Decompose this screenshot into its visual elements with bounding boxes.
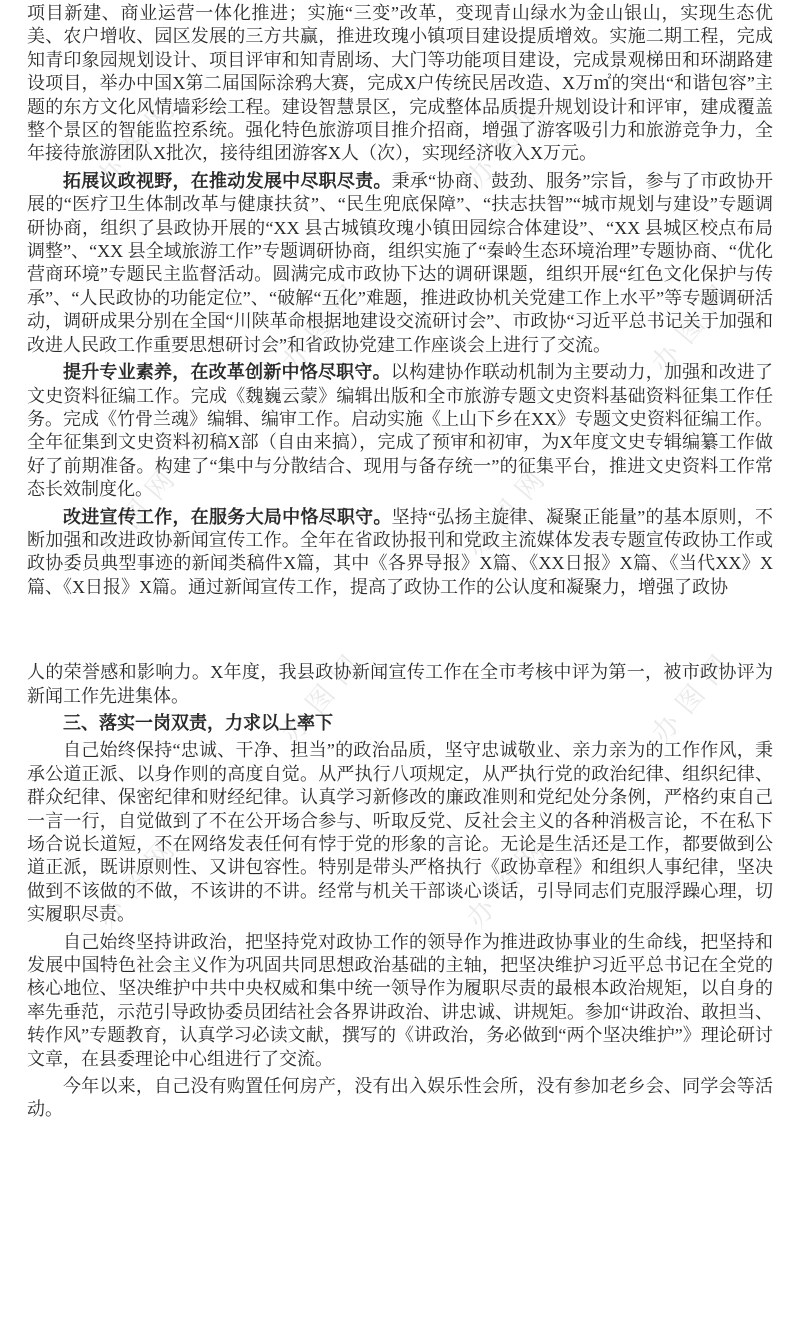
watermark-text: 办图网 — [0, 637, 4, 749]
document-body: 项目新建、商业运营一体化推进；实施“三变”改革，变现青山绿水为金山银山，实现生态… — [27, 2, 773, 1126]
paragraph-body-improve-professional-quality: 以构建协作联动机制为主要动力，加强和改进了文史资料征编工作。完成《魏巍云蒙》编辑… — [27, 362, 773, 499]
watermark-text: 办图网 — [0, 267, 4, 379]
paragraph-improve-publicity-work: 改进宣传工作，在服务大局中恪尽职守。坚持“弘扬主旋律、凝聚正能量”的基本原则，不… — [27, 506, 773, 600]
paragraph-tourism-project-continuation: 项目新建、商业运营一体化推进；实施“三变”改革，变现青山绿水为金山银山，实现生态… — [27, 2, 773, 166]
paragraph-expand-political-vision: 拓展议政视野，在推动发展中尽职尽责。秉承“协商、鼓劲、服务”宗旨，参与了市政协开… — [27, 170, 773, 357]
document-page: 办图网办图网办图网办图网办图网办图网办图网办图网办图网办图网办图网办图网 项目新… — [0, 0, 800, 1339]
paragraph-lead-improve-publicity-work: 改进宣传工作，在服务大局中恪尽职守。 — [63, 507, 392, 527]
paragraph-improve-professional-quality: 提升专业素养，在改革创新中恪尽职守。以构建协作联动机制为主要动力，加强和改进了文… — [27, 361, 773, 501]
section-heading-three: 三、落实一岗双责，力求以上率下 — [27, 712, 773, 735]
paragraph-uphold-politics: 自己始终坚持讲政治，把坚持党对政协工作的领导作为推进政协事业的生命线，把坚持和发… — [27, 931, 773, 1071]
paragraph-publicity-continuation: 人的荣誉感和影响力。X年度，我县政协新闻宣传工作在全市考核中评为第一，被市政协评… — [27, 661, 773, 708]
paragraph-lead-expand-political-vision: 拓展议政视野，在推动发展中尽职尽责。 — [63, 171, 392, 191]
paragraph-lead-improve-professional-quality: 提升专业素养，在改革创新中恪尽职守。 — [63, 362, 391, 382]
paragraph-body-expand-political-vision: 秉承“协商、鼓劲、服务”宗旨，参与了市政协开展的“医疗卫生体制改革与健康扶贫”、… — [27, 171, 773, 355]
paragraph-political-discipline: 自己始终保持“忠诚、干净、担当”的政治品质，坚守忠诚敬业、亲力亲为的工作作风，秉… — [27, 739, 773, 926]
page-break-gap — [27, 603, 773, 661]
paragraph-personal-conduct: 今年以来，自己没有购置任何房产，没有出入娱乐性会所，没有参加老乡会、同学会等活动… — [27, 1075, 773, 1122]
